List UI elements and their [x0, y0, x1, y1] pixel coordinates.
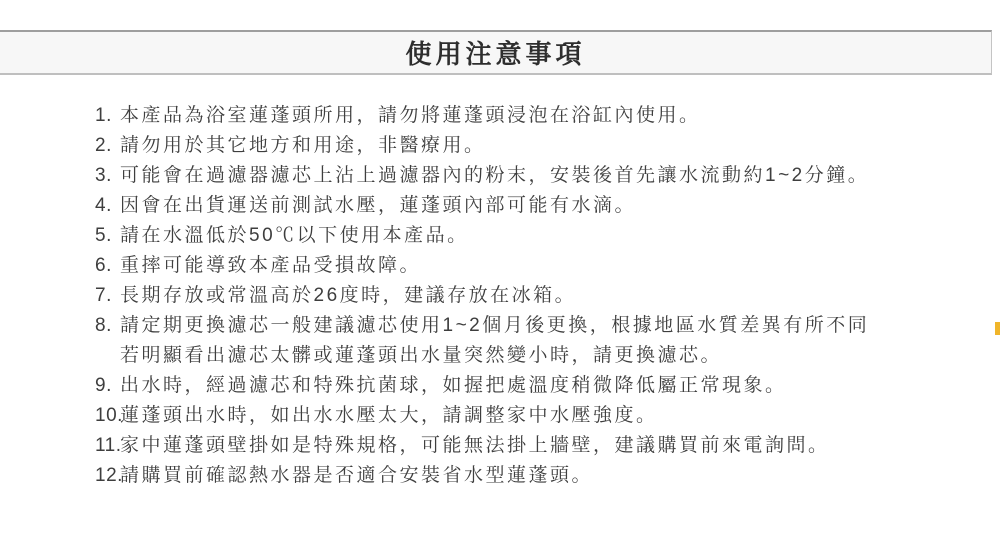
item-number: 12. — [95, 461, 120, 491]
list-item: 9. 出水時，經過濾芯和特殊抗菌球，如握把處溫度稍微降低屬正常現象。 — [95, 371, 869, 401]
item-text: 因會在出貨運送前測試水壓，蓮蓬頭內部可能有水滴。 — [120, 191, 636, 221]
item-text: 蓮蓬頭出水時，如出水水壓太大，請調整家中水壓強度。 — [120, 401, 658, 431]
item-number: 5. — [95, 221, 120, 251]
item-text: 家中蓮蓬頭壁掛如是特殊規格，可能無法掛上牆壁，建議購買前來電詢問。 — [120, 431, 830, 461]
list-item: 4. 因會在出貨運送前測試水壓，蓮蓬頭內部可能有水滴。 — [95, 191, 869, 221]
item-text: 請勿用於其它地方和用途，非醫療用。 — [120, 131, 486, 161]
list-item: 7. 長期存放或常溫高於26度時，建議存放在冰箱。 — [95, 281, 869, 311]
item-text: 出水時，經過濾芯和特殊抗菌球，如握把處溫度稍微降低屬正常現象。 — [120, 371, 787, 401]
item-number: 7. — [95, 281, 120, 311]
item-number: 11. — [95, 431, 120, 461]
edge-artifact — [995, 322, 1000, 335]
list-item: 3. 可能會在過濾器濾芯上沾上過濾器內的粉末，安裝後首先讓水流動約1~2分鐘。 — [95, 161, 869, 191]
item-text: 本產品為浴室蓮蓬頭所用，請勿將蓮蓬頭浸泡在浴缸內使用。 — [120, 101, 701, 131]
item-number: 6. — [95, 251, 120, 281]
item-text: 請定期更換濾芯一般建議濾芯使用1~2個月後更換，根據地區水質差異有所不同 — [120, 311, 869, 341]
list-item: 2. 請勿用於其它地方和用途，非醫療用。 — [95, 131, 869, 161]
item-number: 8. — [95, 311, 120, 341]
item-text-group: 請定期更換濾芯一般建議濾芯使用1~2個月後更換，根據地區水質差異有所不同 若明顯… — [120, 311, 869, 371]
item-number: 4. — [95, 191, 120, 221]
item-text: 可能會在過濾器濾芯上沾上過濾器內的粉末，安裝後首先讓水流動約1~2分鐘。 — [120, 161, 869, 191]
item-text: 請在水溫低於50℃以下使用本產品。 — [120, 221, 469, 251]
item-text: 重摔可能導致本產品受損故障。 — [120, 251, 421, 281]
list-item: 11. 家中蓮蓬頭壁掛如是特殊規格，可能無法掛上牆壁，建議購買前來電詢問。 — [95, 431, 869, 461]
list-item: 10. 蓮蓬頭出水時，如出水水壓太大，請調整家中水壓強度。 — [95, 401, 869, 431]
item-number: 10. — [95, 401, 120, 431]
list-item: 8. 請定期更換濾芯一般建議濾芯使用1~2個月後更換，根據地區水質差異有所不同 … — [95, 311, 869, 371]
item-text: 請購買前確認熱水器是否適合安裝省水型蓮蓬頭。 — [120, 461, 593, 491]
item-number: 2. — [95, 131, 120, 161]
item-number: 9. — [95, 371, 120, 401]
item-text: 長期存放或常溫高於26度時，建議存放在冰箱。 — [120, 281, 576, 311]
notice-list: 1. 本產品為浴室蓮蓬頭所用，請勿將蓮蓬頭浸泡在浴缸內使用。 2. 請勿用於其它… — [95, 101, 869, 491]
list-item: 12. 請購買前確認熱水器是否適合安裝省水型蓮蓬頭。 — [95, 461, 869, 491]
page-title: 使用注意事項 — [405, 34, 585, 71]
item-number: 1. — [95, 101, 120, 131]
item-text-continuation: 若明顯看出濾芯太髒或蓮蓬頭出水量突然變小時，請更換濾芯。 — [120, 341, 869, 371]
list-item: 5. 請在水溫低於50℃以下使用本產品。 — [95, 221, 869, 251]
header-bar: 使用注意事項 — [0, 30, 992, 75]
list-item: 6. 重摔可能導致本產品受損故障。 — [95, 251, 869, 281]
item-number: 3. — [95, 161, 120, 191]
list-item: 1. 本產品為浴室蓮蓬頭所用，請勿將蓮蓬頭浸泡在浴缸內使用。 — [95, 101, 869, 131]
